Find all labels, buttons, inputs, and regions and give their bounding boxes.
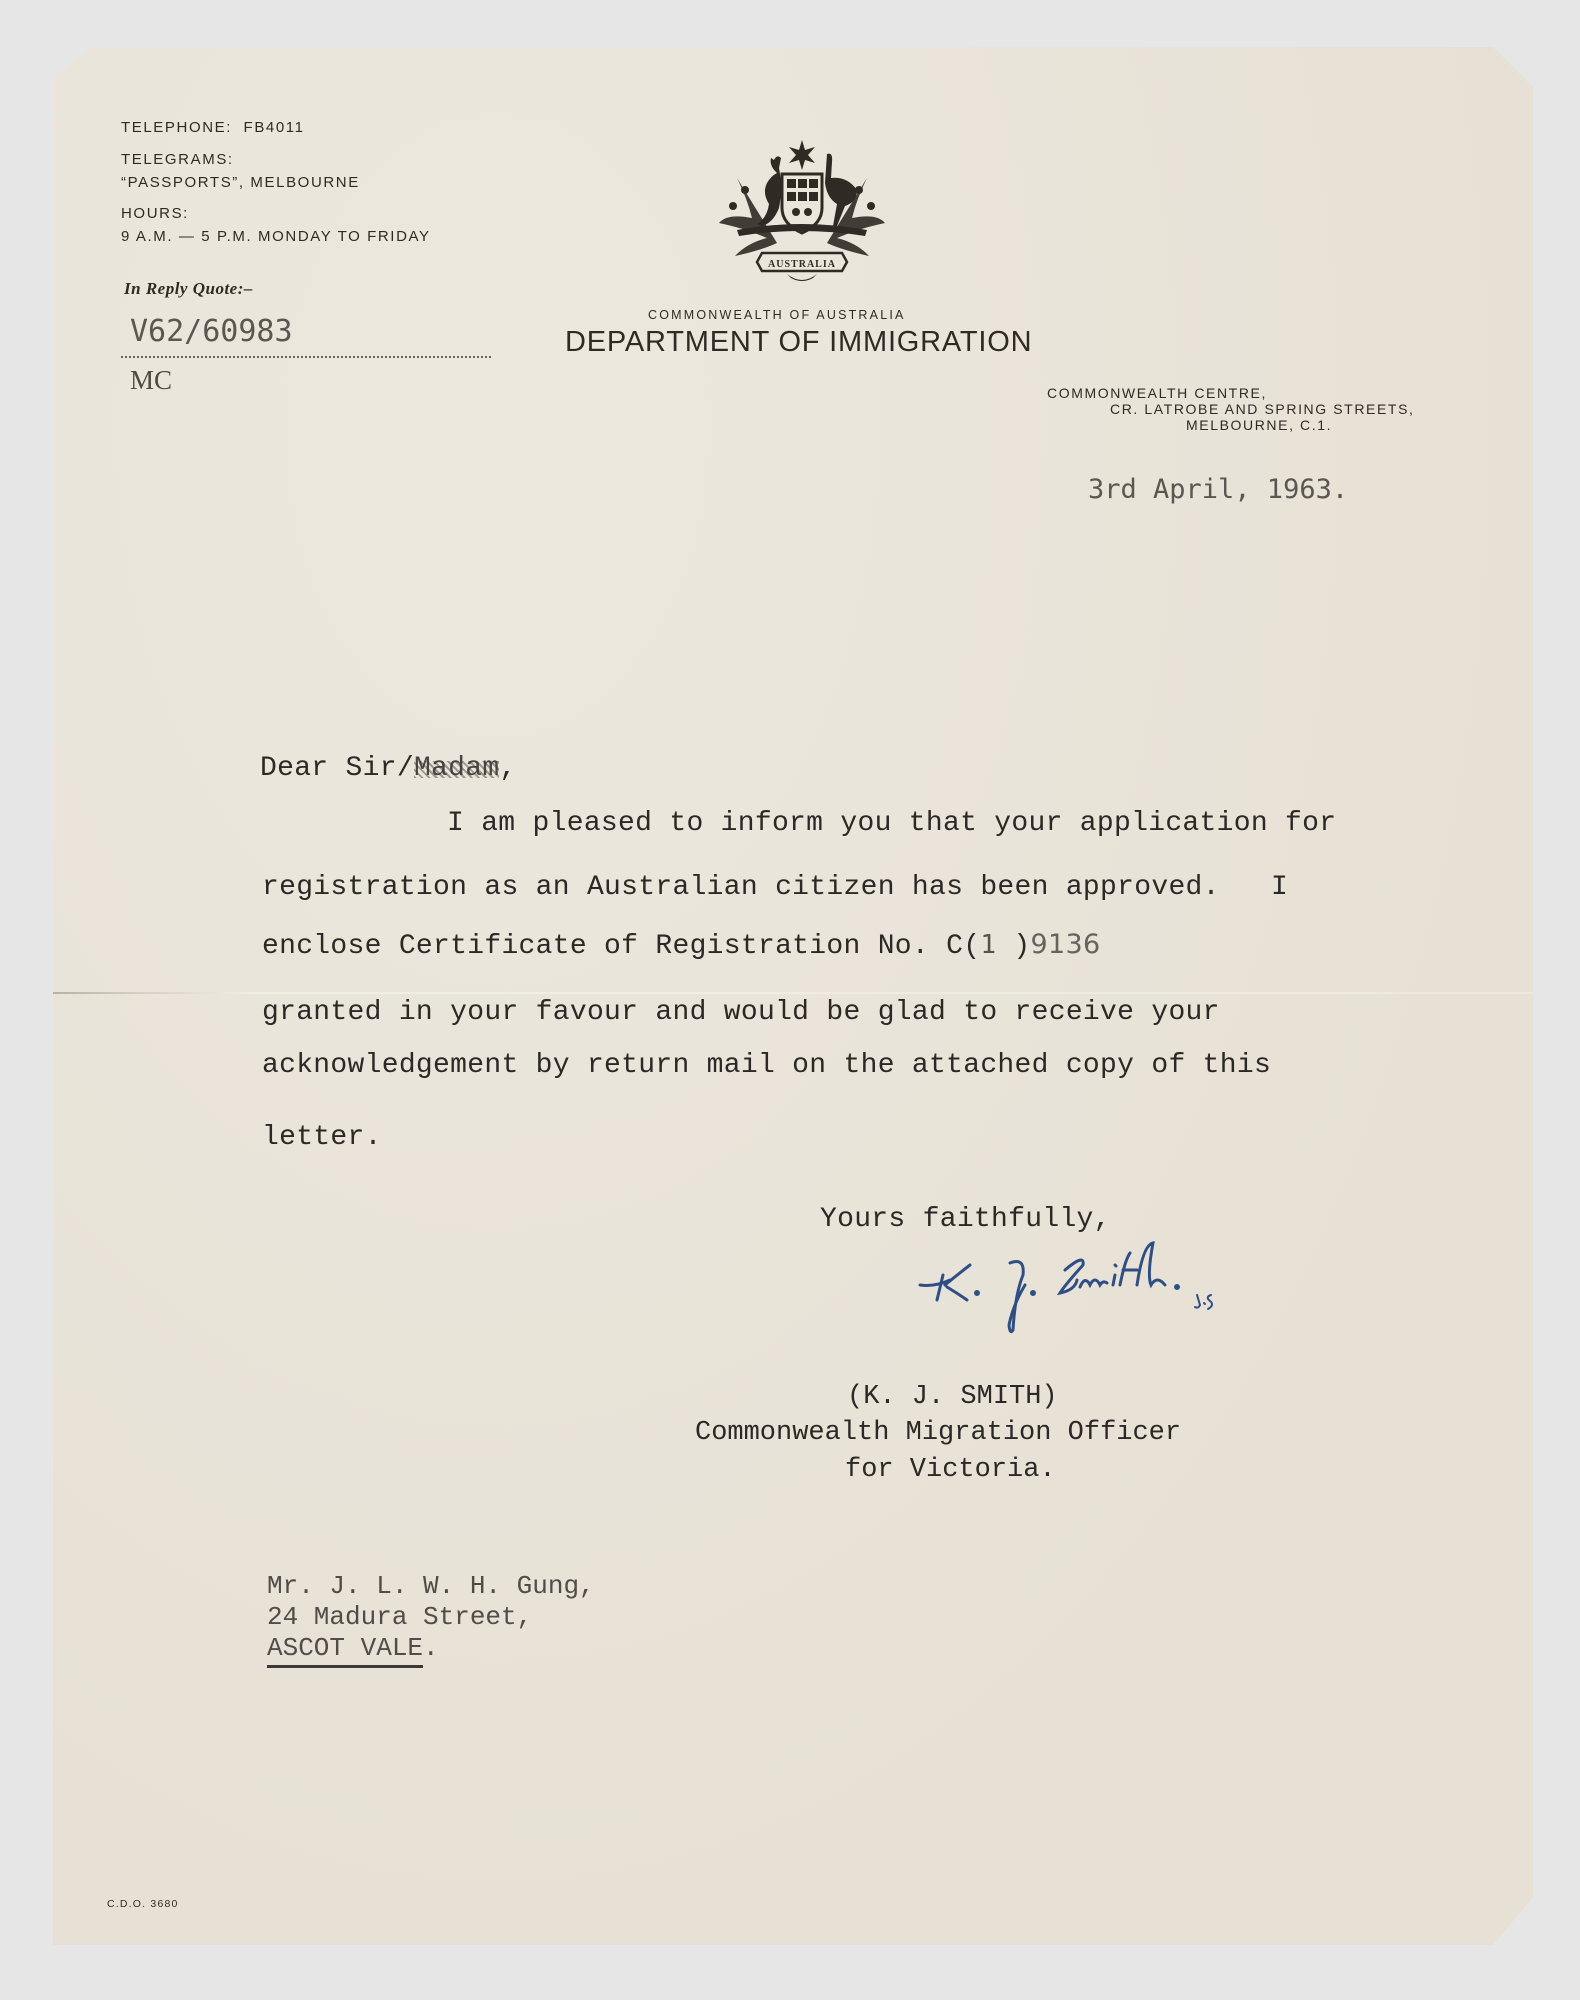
body-line-5: acknowledgement by return mail on the at…	[262, 1050, 1271, 1081]
handwritten-signature	[915, 1235, 1285, 1350]
address-line-1: COMMONWEALTH CENTRE,	[1047, 385, 1267, 401]
certificate-number: 9136	[1031, 929, 1101, 960]
certificate-number-prefix: 1	[980, 930, 996, 960]
coat-of-arms-icon: AUSTRALIA	[698, 120, 888, 270]
closing: Yours faithfully,	[820, 1204, 1111, 1235]
signatory-title-1: Commonwealth Migration Officer	[695, 1418, 1181, 1448]
signatory-title-2: for Victoria.	[845, 1455, 1056, 1485]
address-line-3: MELBOURNE, C.1.	[1186, 417, 1332, 433]
telegrams-value: “PASSPORTS”, MELBOURNE	[121, 174, 360, 191]
body-line-6: letter.	[262, 1122, 382, 1153]
addressee-street: 24 Madura Street,	[267, 1602, 532, 1632]
salutation: Dear Sir/Madam,	[260, 753, 517, 784]
reference-number: V62/60983	[130, 314, 293, 349]
paper-fold-crease	[53, 992, 1533, 994]
svg-text:AUSTRALIA: AUSTRALIA	[768, 259, 836, 270]
hours-label: HOURS:	[121, 205, 189, 222]
org-line: COMMONWEALTH OF AUSTRALIA	[648, 308, 906, 322]
body-line-1: I am pleased to inform you that your app…	[447, 808, 1336, 839]
address-line-2: CR. LATROBE AND SPRING STREETS,	[1110, 401, 1415, 417]
reference-dotted-rule	[121, 356, 491, 358]
reply-quote-label: In Reply Quote:–	[124, 279, 253, 299]
body-line-3: enclose Certificate of Registration No. …	[262, 929, 1100, 962]
telephone-line: TELEPHONE: FB4011	[121, 119, 305, 136]
department-title: DEPARTMENT OF IMMIGRATION	[565, 326, 1032, 359]
addressee-suburb: ASCOT VALE.	[267, 1633, 439, 1663]
form-code: C.D.O. 3680	[107, 1898, 179, 1910]
struck-out-madam: Madam	[414, 753, 500, 784]
body-line-2: registration as an Australian citizen ha…	[262, 872, 1288, 903]
hours-value: 9 A.M. — 5 P.M. MONDAY TO FRIDAY	[121, 228, 431, 245]
signatory-name: (K. J. SMITH)	[847, 1382, 1058, 1412]
letter-date: 3rd April, 1963.	[1088, 474, 1348, 505]
telegrams-label: TELEGRAMS:	[121, 151, 234, 168]
body-line-4: granted in your favour and would be glad…	[262, 997, 1220, 1028]
reference-initials: MC	[130, 365, 172, 396]
addressee-name: Mr. J. L. W. H. Gung,	[267, 1571, 595, 1601]
